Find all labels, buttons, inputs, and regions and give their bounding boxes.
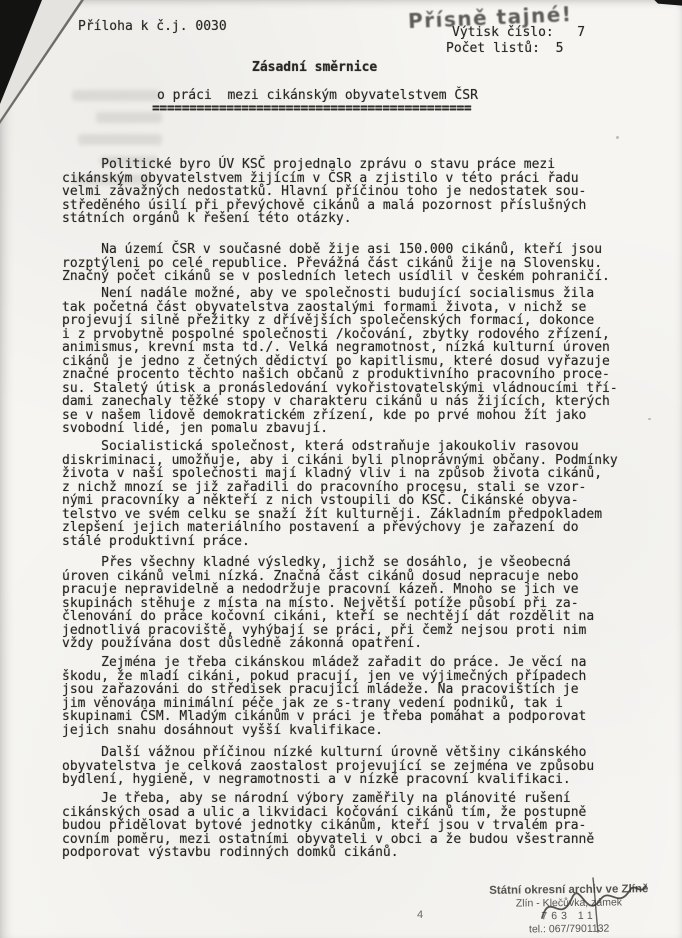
attachment-reference: Příloha k č.j. 0030: [78, 20, 227, 34]
copy-number-line: Výtisk číslo: 7: [452, 26, 585, 40]
paragraph-3: Není nadále možné, aby ve společnosti bu…: [62, 287, 647, 436]
scan-speck: [616, 136, 619, 139]
handwritten-signature: [536, 876, 656, 936]
paragraph-4: Socialistická společnost, která odstraňu…: [62, 440, 647, 548]
paragraph-5: Přes všechny kladné výsledky, jichž se d…: [62, 556, 647, 651]
page-number: 4: [417, 909, 423, 921]
scan-speck: [648, 418, 651, 420]
title-underline: ========================================…: [152, 102, 471, 116]
document-title: Zásadní směrnice: [252, 61, 377, 75]
sheet-count-line: Počet listů: 5: [446, 42, 563, 56]
paragraph-1: Politické byro ÚV KSČ projednalo zprávu …: [62, 158, 647, 226]
paragraph-7: Další vážnou příčinou nízké kulturní úro…: [62, 746, 647, 787]
paragraph-6: Zejména je třeba cikánskou mládež zařadi…: [62, 656, 647, 737]
paragraph-2: Na území ČSR v současné době žije asi 15…: [62, 243, 647, 284]
paragraph-8: Je třeba, aby se národní výbory zaměřily…: [62, 792, 647, 860]
scan-edge-artifact: [652, 0, 682, 8]
scanned-document-page: Příloha k č.j. 0030 Přísně tajné! Výtisk…: [0, 0, 682, 938]
